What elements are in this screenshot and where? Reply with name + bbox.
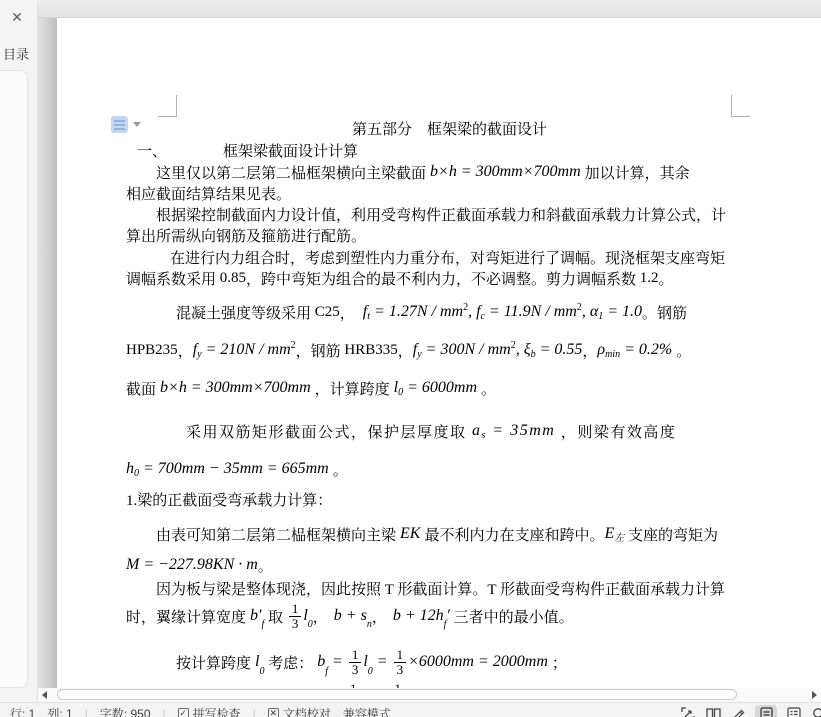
doc-line: 时，翼缘计算宽度 b′f 取 13l0，b + sn，b + 12hf′ 三者中…: [126, 601, 574, 631]
status-doc-proof[interactable]: ✕ 文档校对: [268, 705, 331, 717]
text-run: 框架梁截面设计计算: [223, 140, 358, 161]
divider: |: [85, 707, 88, 717]
text-run: 时，翼缘计算宽度: [126, 606, 246, 627]
math-run: = 0.2%: [620, 341, 676, 359]
status-compat-mode[interactable]: 兼容模式: [343, 705, 391, 717]
edit-pen-icon[interactable]: [730, 706, 746, 717]
wps-writer-window: ✕ 目录 第五部分 框架梁的截面设计一、框架梁截面设计计算这里仅以第二层第二榀框…: [0, 0, 821, 717]
math-run: = 6000mm: [403, 379, 481, 397]
math-run: ρ: [597, 341, 605, 359]
spell-check-label: 拼写检查: [193, 705, 241, 717]
math-run: EK: [396, 525, 424, 543]
math-run: b + 12h: [393, 607, 444, 625]
doc-line: 调幅系数采用 0.85，跨中弯矩为组合的最不利内力，不必调整。剪力调幅系数 1.…: [126, 267, 674, 289]
math-run: l: [251, 653, 259, 671]
doc-line: 混凝土强度等级采用 C25，ft = 1.27N / mm2, fc = 11.…: [176, 301, 687, 323]
math-run: h: [126, 460, 134, 478]
read-mode-icon[interactable]: [705, 706, 721, 717]
fraction: 13: [349, 648, 362, 676]
text-run: 这里仅以第二层第二榀框架横向主梁截面: [156, 162, 426, 183]
doc-title: 第五部分 框架梁的截面设计: [352, 117, 547, 139]
text-run: ，: [398, 340, 413, 361]
fraction-numerator: 1: [289, 602, 302, 617]
spacer: [167, 150, 223, 151]
fraction-denominator: 3: [289, 617, 302, 631]
doc-line: 截面 b×h = 300mm×700mm ，计算跨度 l0 = 6000mm 。: [126, 377, 496, 399]
math-run: b: [317, 653, 325, 671]
text-run: 截面: [126, 378, 156, 399]
doc-line: 在进行内力组合时，考虑到塑性内力重分布，对弯矩进行了调幅。现浇框架支座弯矩: [170, 246, 725, 268]
doc-line: 相应截面结算结果见表。: [126, 182, 291, 204]
toc-sidebar: ✕ 目录: [0, 0, 38, 702]
math-run: C25: [311, 304, 340, 321]
text-run: 第五部分 框架梁的截面设计: [352, 118, 547, 139]
status-spell-check[interactable]: ✓ 拼写检查: [178, 705, 241, 717]
text-run: 取: [264, 606, 287, 627]
math-run: , ξ: [516, 341, 531, 359]
doc-line: 算出所需纵向钢筋及箍筋进行配筋。: [126, 224, 366, 246]
math-run: min: [605, 349, 620, 360]
fraction-numerator: 1: [394, 648, 407, 663]
status-word-count[interactable]: 字数: 950: [100, 705, 151, 717]
text-run: ，钢筋: [296, 340, 341, 361]
text-boundary-mark-right: [731, 95, 750, 117]
math-run: b′: [246, 607, 262, 625]
doc-line: 根据梁控制截面内力设计值，利用受弯构件正截面承载力和斜截面承载力计算公式，计: [156, 203, 726, 225]
text-run: ，: [372, 606, 387, 627]
text-run: 因为板与梁是整体现浇，因此按照 T 形截面计算。T 形截面受弯构件正截面承载力计…: [156, 578, 725, 599]
text-run: ，: [178, 340, 193, 361]
text-run: 支座的弯矩为: [624, 524, 718, 545]
math-run: b×h = 300mm×700mm: [156, 379, 315, 397]
text-run: ，计算跨度: [315, 378, 390, 399]
math-run: , f: [468, 303, 480, 321]
fraction: 13: [394, 648, 407, 676]
status-row: 行: 1: [10, 705, 35, 717]
math-run: HRB335: [341, 342, 398, 359]
math-run: = 210N / mm: [202, 341, 291, 359]
math-run: = 1.0: [603, 303, 642, 321]
math-run: = 300N / mm: [422, 341, 511, 359]
text-run: 。: [481, 378, 496, 399]
text-run: ，: [313, 606, 328, 627]
fullscreen-icon[interactable]: [680, 706, 696, 717]
text-run: 算出所需纵向钢筋及箍筋进行配筋。: [126, 225, 366, 246]
text-run: 。钢筋: [642, 302, 687, 323]
math-run: = 1.27N / mm: [370, 303, 463, 321]
math-run: 0.85: [216, 270, 246, 287]
scrollbar-thumb[interactable]: [57, 689, 737, 700]
text-run: 调幅系数采用: [126, 268, 216, 289]
horizontal-scrollbar[interactable]: [38, 688, 821, 702]
doc-line: HPB235，fy = 210N / mm2，钢筋 HRB335，fy = 30…: [126, 339, 691, 361]
scroll-right-icon[interactable]: [812, 691, 817, 699]
math-run: l: [390, 379, 398, 397]
text-run: 三者中的最小值。: [450, 606, 574, 627]
scroll-left-icon[interactable]: [42, 691, 47, 699]
doc-line: 这里仅以第二层第二榀框架横向主梁截面 b×h = 300mm×700mm 加以计…: [156, 161, 690, 183]
text-run: ，则梁有效高度: [561, 421, 677, 442]
doc-line: h0 = 700mm − 35mm = 665mm 。: [126, 458, 348, 480]
divider: |: [163, 707, 166, 717]
doc-line: 由表可知第二层第二榀框架横向主梁 EK 最不利内力在支座和跨中。E左 支座的弯矩…: [156, 523, 718, 545]
text-run: 最不利内力在支座和跨中。: [424, 524, 604, 545]
spacer: [355, 312, 363, 313]
doc-line: 按计算跨度 l0 考虑：bf = 13l0 = 13×6000mm = 2000…: [176, 646, 567, 678]
math-run: =: [373, 653, 392, 671]
text-boundary-mark-left: [158, 95, 177, 117]
toolbar-bottom-edge: [38, 0, 821, 18]
paragraph-layout-icon[interactable]: [111, 116, 128, 133]
doc-line: 1.梁的正截面受弯承载力计算：: [126, 488, 332, 510]
doc-line-partial: 1313: [345, 681, 406, 688]
status-bar: 行: 1 列: 1 | 字数: 950 | ✓ 拼写检查 | ✕ 文档校对 兼容…: [0, 702, 821, 717]
doc-line: 采用双筋矩形截面公式，保护层厚度取 as = 35mm ，则梁有效高度: [186, 420, 676, 442]
document-background: [38, 18, 57, 688]
text-run: 按计算跨度: [176, 652, 251, 673]
divider: |: [253, 707, 256, 717]
doc-heading-1: 一、框架梁截面设计计算: [137, 139, 358, 161]
text-run: 考虑：: [264, 652, 313, 673]
fraction-numerator: 1: [349, 648, 362, 663]
text-run: 。: [258, 555, 273, 576]
math-run: = 35mm: [487, 422, 561, 440]
text-run: 由表可知第二层第二榀框架横向主梁: [156, 524, 396, 545]
chevron-down-icon[interactable]: [133, 122, 141, 127]
status-col: 列: 1: [47, 705, 72, 717]
close-icon[interactable]: ✕: [8, 8, 26, 26]
text-run: ，: [582, 340, 597, 361]
doc-proof-label: 文档校对: [283, 705, 331, 717]
text-run: 。: [659, 268, 674, 289]
math-run: = 700mm − 35mm = 665mm: [139, 460, 333, 478]
page-view-icon[interactable]: [755, 705, 777, 717]
math-run: 1.2: [636, 270, 659, 287]
text-run: 。: [676, 340, 691, 361]
math-run: b×h = 300mm×700mm: [426, 163, 585, 181]
text-run: 1.梁的正截面受弯承载力计算：: [126, 489, 332, 510]
text-run: ，跨中弯矩为组合的最不利内力，不必调整。剪力调幅系数: [246, 268, 636, 289]
text-run: 相应截面结算结果见表。: [126, 183, 291, 204]
checkbox-checked-icon: ✓: [178, 708, 189, 717]
math-run: = 11.9N / mm: [485, 303, 577, 321]
zoom-tool-icon[interactable]: [811, 706, 821, 717]
toc-title: 目录: [3, 44, 29, 63]
fraction-denominator: 3: [394, 663, 407, 677]
math-run: ×6000mm = 2000mm: [408, 653, 552, 671]
text-run: 。: [333, 459, 348, 480]
toc-panel[interactable]: [0, 70, 28, 688]
checkbox-crossed-icon: ✕: [268, 708, 279, 717]
math-run: M = −227.98KN · m: [126, 556, 258, 574]
math-run: b + s: [334, 607, 367, 625]
math-run: , α: [582, 303, 598, 321]
math-run: = 0.55: [536, 341, 583, 359]
math-run: 左: [614, 529, 624, 544]
math-run: =: [328, 653, 347, 671]
text-run: ；: [552, 652, 567, 673]
text-run: 在进行内力组合时，考虑到塑性内力重分布，对弯矩进行了调幅。现浇框架支座弯矩: [170, 247, 725, 268]
document-page[interactable]: 第五部分 框架梁的截面设计一、框架梁截面设计计算这里仅以第二层第二榀框架横向主梁…: [57, 18, 821, 688]
text-run: ，: [340, 302, 355, 323]
fraction: 13: [289, 602, 302, 630]
text-run: 根据梁控制截面内力设计值，利用受弯构件正截面承载力和斜截面承载力计算公式，计: [156, 204, 726, 225]
text-run: 加以计算，其余: [585, 162, 690, 183]
doc-line: M = −227.98KN · m。: [126, 554, 273, 576]
math-run: HPB235: [126, 342, 178, 359]
text-run: 采用双筋矩形截面公式，保护层厚度取: [186, 421, 467, 442]
outline-view-icon[interactable]: [786, 706, 802, 717]
math-run: E: [604, 525, 614, 543]
text-run: 一、: [137, 140, 167, 161]
math-run: a: [467, 422, 482, 440]
doc-line: 因为板与梁是整体现浇，因此按照 T 形截面计算。T 形截面受弯构件正截面承载力计…: [156, 577, 725, 599]
fraction-denominator: 3: [349, 663, 362, 677]
text-run: 混凝土强度等级采用: [176, 302, 311, 323]
